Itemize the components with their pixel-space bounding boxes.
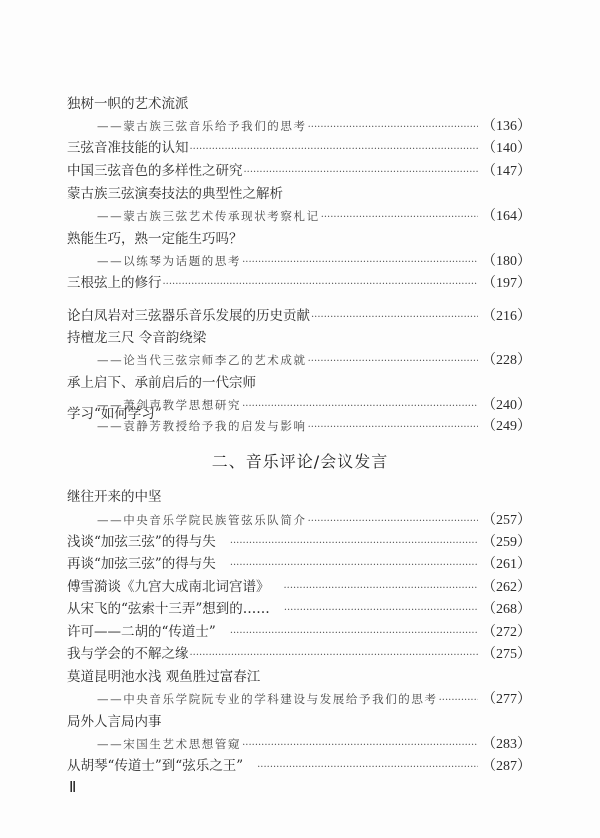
dot-leader — [230, 624, 478, 644]
dot-leader — [230, 556, 478, 576]
page-number: （257） — [482, 511, 531, 531]
page-folio: Ⅱ — [69, 778, 76, 797]
toc-entry[interactable]: 三弦音准技能的认知 （140） — [67, 138, 531, 158]
dot-leader — [244, 163, 479, 183]
dot-leader — [308, 512, 478, 532]
toc-entry-subtitle[interactable]: ——蒙古族三弦艺术传承现状考察札记 （164） — [97, 206, 531, 226]
toc-entry[interactable]: 论白凤岩对三弦器乐音乐发展的历史贡献 （216） — [67, 306, 531, 326]
toc-page: 独树一帜的艺术流派 ——蒙古族三弦音乐给予我们的思考 （136） 三弦音准技能的… — [0, 0, 600, 838]
page-number: （197） — [482, 274, 531, 294]
toc-entry[interactable]: 我与学会的不解之缘 （275） — [67, 644, 531, 664]
toc-entry[interactable]: 从胡琴“传道士”到“弦乐之王” （287） — [67, 756, 531, 776]
toc-entry-title[interactable]: 莫道昆明池水浅 观鱼胜过富春江 — [67, 667, 531, 687]
dot-leader — [257, 758, 478, 778]
page-number: （259） — [482, 533, 531, 553]
toc-entry-title[interactable]: 独树一帜的艺术流派 — [67, 94, 531, 114]
toc-entry-subtitle[interactable]: ——论当代三弦宗师李乙的艺术成就 （228） — [97, 350, 531, 370]
dot-leader — [311, 308, 478, 328]
toc-entry-subtitle[interactable]: ——中央音乐学院民族管弦乐队简介 （257） — [97, 510, 531, 530]
page-number: （180） — [482, 252, 531, 272]
page-number: （268） — [482, 600, 531, 620]
page-number: （272） — [482, 623, 531, 643]
toc-entry[interactable]: 中国三弦音色的多样性之研究 （147） — [67, 161, 531, 181]
page-number: （283） — [482, 735, 531, 755]
page-number: （164） — [482, 207, 531, 227]
toc-entry[interactable]: 傅雪漪谈《九宫大成南北词宫谱》 （262） — [67, 577, 531, 597]
page-number: （136） — [482, 117, 531, 137]
toc-entry[interactable]: 再谈“加弦三弦”的得与失 （261） — [67, 554, 531, 574]
page-number: （275） — [482, 645, 531, 665]
page-number: （277） — [482, 690, 531, 710]
page-number: （249） — [482, 417, 531, 437]
toc-entry-subtitle[interactable]: ——蒙古族三弦音乐给予我们的思考 （136） — [97, 116, 531, 136]
toc-entry-subtitle[interactable]: ——袁静芳教授给予我的启发与影响 （249） — [97, 416, 531, 436]
toc-entry-subtitle[interactable]: ——以练琴为话题的思考 （180） — [97, 251, 531, 271]
page-number: （262） — [482, 578, 531, 598]
dot-leader — [190, 140, 479, 160]
dot-leader — [190, 646, 479, 666]
page-number: （216） — [482, 307, 531, 327]
toc-entry[interactable]: 从宋飞的“弦索十三弄”想到的…… （268） — [67, 599, 531, 619]
dot-leader — [242, 253, 478, 273]
dot-leader — [308, 118, 478, 138]
toc-entry-title[interactable]: 局外人言局内事 — [67, 712, 531, 732]
toc-entry-subtitle[interactable]: ——中央音乐学院阮专业的学科建设与发展给予我们的思考 （277） — [97, 689, 531, 709]
toc-entry-title[interactable]: 蒙古族三弦演奏技法的典型性之解析 — [67, 184, 531, 204]
dot-leader — [284, 579, 479, 599]
dot-leader — [308, 352, 478, 372]
page-number: （228） — [482, 351, 531, 371]
section-heading: 二、音乐评论/会议发言 — [0, 449, 600, 472]
dot-leader — [284, 601, 478, 621]
toc-entry-title[interactable]: 继往开来的中坚 — [67, 487, 531, 507]
page-number: （261） — [482, 555, 531, 575]
toc-entry-title[interactable]: 熟能生巧，熟一定能生巧吗？ — [67, 229, 531, 249]
dot-leader — [439, 691, 478, 711]
toc-entry-subtitle[interactable]: ——宋国生艺术思想管窥 （283） — [97, 734, 531, 754]
dot-leader — [163, 275, 479, 295]
toc-entry-title[interactable]: 持檀龙三尺 令音韵绕梁 — [67, 328, 531, 348]
toc-entry-title[interactable]: 承上启下、承前启后的一代宗师 — [67, 373, 531, 393]
dot-leader — [242, 736, 478, 756]
page-number: （287） — [482, 757, 531, 777]
dot-leader — [230, 534, 478, 554]
toc-entry[interactable]: 三根弦上的修行 （197） — [67, 273, 531, 293]
page-number: （147） — [482, 162, 531, 182]
page-number: （140） — [482, 139, 531, 159]
toc-entry[interactable]: 许可——二胡的“传道士” （272） — [67, 622, 531, 642]
dot-leader — [308, 418, 478, 438]
toc-entry[interactable]: 浅谈“加弦三弦”的得与失 （259） — [67, 532, 531, 552]
dot-leader — [321, 208, 478, 228]
